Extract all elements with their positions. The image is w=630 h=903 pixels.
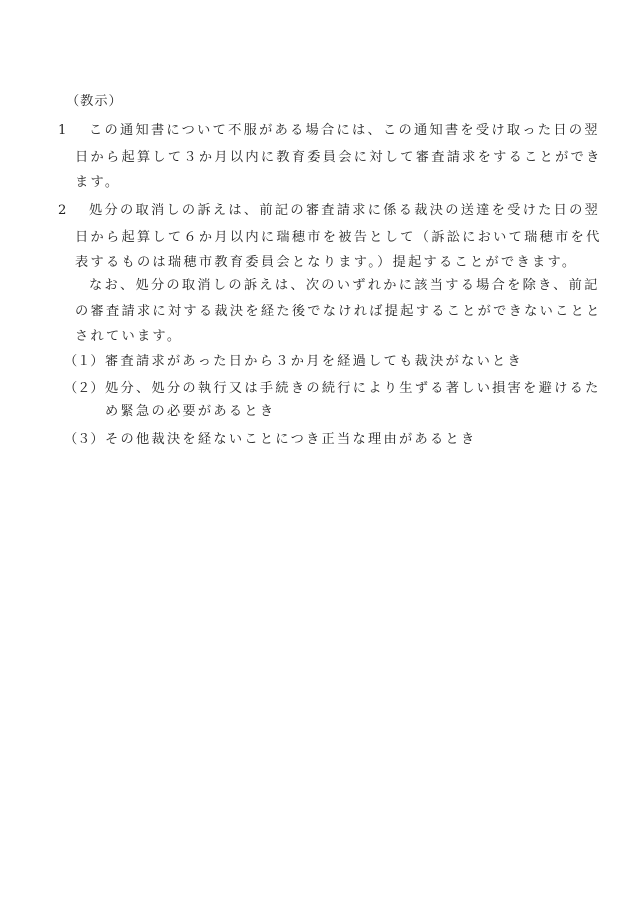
condition-line: め緊急の必要があるとき (105, 403, 275, 421)
item2-line: 日から起算して６か月以内に瑞穂市を被告として（訴訟において瑞穂市を代 (75, 229, 602, 247)
condition-label: （１） (64, 353, 104, 371)
item1-line: ます。 (75, 174, 120, 192)
item2-line: 表するものは瑞穂市教育委員会となります。）提起することができます。 (75, 254, 577, 272)
condition-label: （２） (64, 380, 104, 398)
note-line: なお、処分の取消しの訴えは、次のいずれかに該当する場合を除き、前記 (89, 277, 600, 295)
note-line: されています。 (75, 328, 182, 346)
item2-line: 処分の取消しの訴えは、前記の審査請求に係る裁決の送達を受けた日の翌 (89, 202, 600, 220)
condition-label: （３） (64, 431, 104, 449)
note-line: の審査請求に対する裁決を経た後でなければ提起することができないことと (75, 303, 602, 321)
heading: （教示） (66, 93, 123, 111)
condition-line: 処分、処分の執行又は手続きの続行により生ずる著しい損害を避けるた (105, 380, 601, 398)
condition-line: その他裁決を経ないことにつき正当な理由があるとき (105, 431, 476, 449)
item1-line: 日から起算して３か月以内に教育委員会に対して審査請求をすることができ (75, 149, 602, 167)
item-number: 1 (58, 122, 66, 140)
item1-line: この通知書について不服がある場合には、この通知書を受け取った日の翌 (89, 122, 600, 140)
item-number: 2 (58, 202, 66, 220)
condition-line: 審査請求があった日から３か月を経過しても裁決がないとき (105, 353, 523, 371)
